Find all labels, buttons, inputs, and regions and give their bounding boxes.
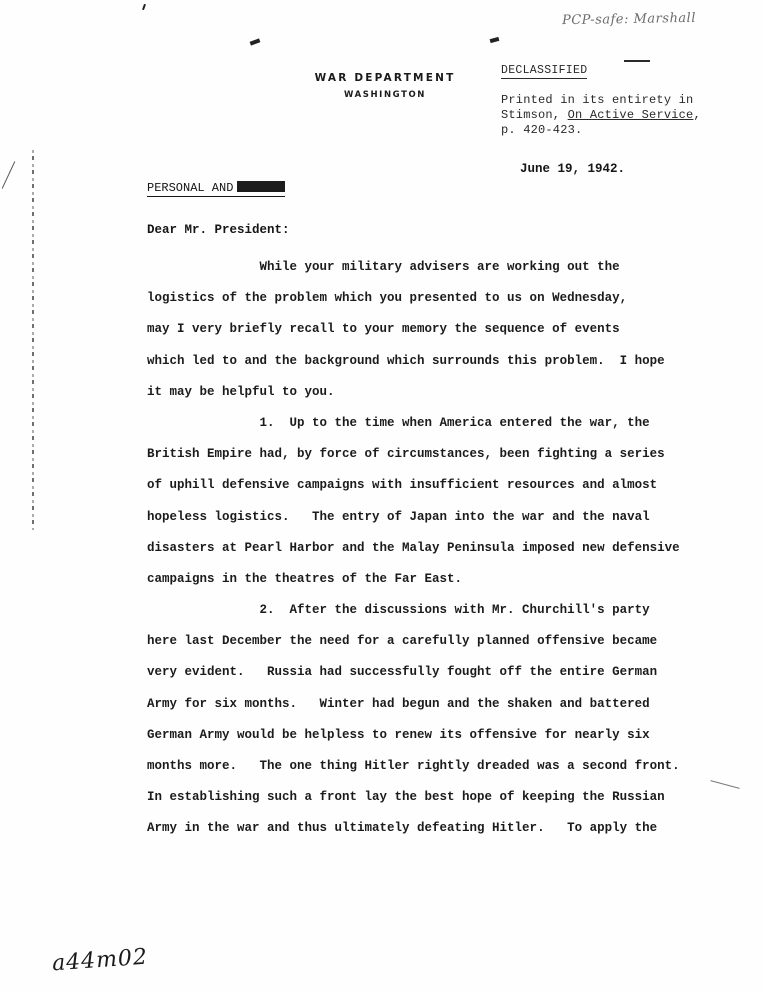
letter-date: June 19, 1942.: [520, 162, 625, 176]
body-line: campaigns in the theatres of the Far Eas…: [147, 564, 707, 595]
classification-text: PERSONAL AND: [147, 181, 233, 195]
document-page: PCP-safe: Marshall WAR DEPARTMENT WASHIN…: [0, 0, 765, 991]
book-title: On Active Service: [568, 108, 694, 122]
body-line: British Empire had, by force of circumst…: [147, 439, 707, 470]
body-line: In establishing such a front lay the bes…: [147, 782, 707, 813]
letterhead: WAR DEPARTMENT WASHINGTON: [300, 72, 470, 100]
declassified-stamp: DECLASSIFIED Printed in its entirety in …: [501, 64, 701, 138]
body-line: disasters at Pearl Harbor and the Malay …: [147, 533, 707, 564]
scan-mark: [250, 38, 261, 45]
scan-mark: [142, 4, 146, 10]
body-line: hopeless logistics. The entry of Japan i…: [147, 502, 707, 533]
body-line: may I very briefly recall to your memory…: [147, 314, 707, 345]
handwritten-archive-note: PCP-safe: Marshall: [562, 11, 696, 28]
body-line: German Army would be helpless to renew i…: [147, 720, 707, 751]
stamp-mark: [624, 60, 650, 62]
classification-marking: PERSONAL AND: [147, 181, 285, 197]
body-line: very evident. Russia had successfully fo…: [147, 657, 707, 688]
scan-margin-artifact: [32, 150, 34, 530]
letter-body: While your military advisers are working…: [147, 252, 707, 845]
stamp-note-text: ,: [693, 108, 700, 122]
stamp-note-line: Printed in its entirety in: [501, 93, 701, 108]
handwritten-archive-number: a44m02: [51, 945, 148, 977]
stamp-note-line: Stimson, On Active Service,: [501, 108, 701, 123]
stamp-note: Printed in its entirety in Stimson, On A…: [501, 93, 701, 138]
scan-mark: [710, 780, 739, 789]
body-line: Army for six months. Winter had begun an…: [147, 689, 707, 720]
body-line: which led to and the background which su…: [147, 346, 707, 377]
stamp-note-line: p. 420-423.: [501, 123, 701, 138]
redaction-block: [237, 181, 285, 192]
body-line: While your military advisers are working…: [147, 252, 707, 283]
body-line: logistics of the problem which you prese…: [147, 283, 707, 314]
body-line: months more. The one thing Hitler rightl…: [147, 751, 707, 782]
letterhead-department: WAR DEPARTMENT: [300, 72, 470, 84]
body-line: it may be helpful to you.: [147, 377, 707, 408]
body-line: of uphill defensive campaigns with insuf…: [147, 470, 707, 501]
scan-mark: [2, 161, 16, 189]
body-line: 1. Up to the time when America entered t…: [147, 408, 707, 439]
body-line: 2. After the discussions with Mr. Church…: [147, 595, 707, 626]
letterhead-city: WASHINGTON: [300, 90, 470, 100]
stamp-note-text: Stimson,: [501, 108, 568, 122]
body-line: Army in the war and thus ultimately defe…: [147, 813, 707, 844]
stamp-title: DECLASSIFIED: [501, 64, 587, 79]
body-line: here last December the need for a carefu…: [147, 626, 707, 657]
salutation: Dear Mr. President:: [147, 223, 290, 237]
scan-mark: [490, 37, 500, 43]
